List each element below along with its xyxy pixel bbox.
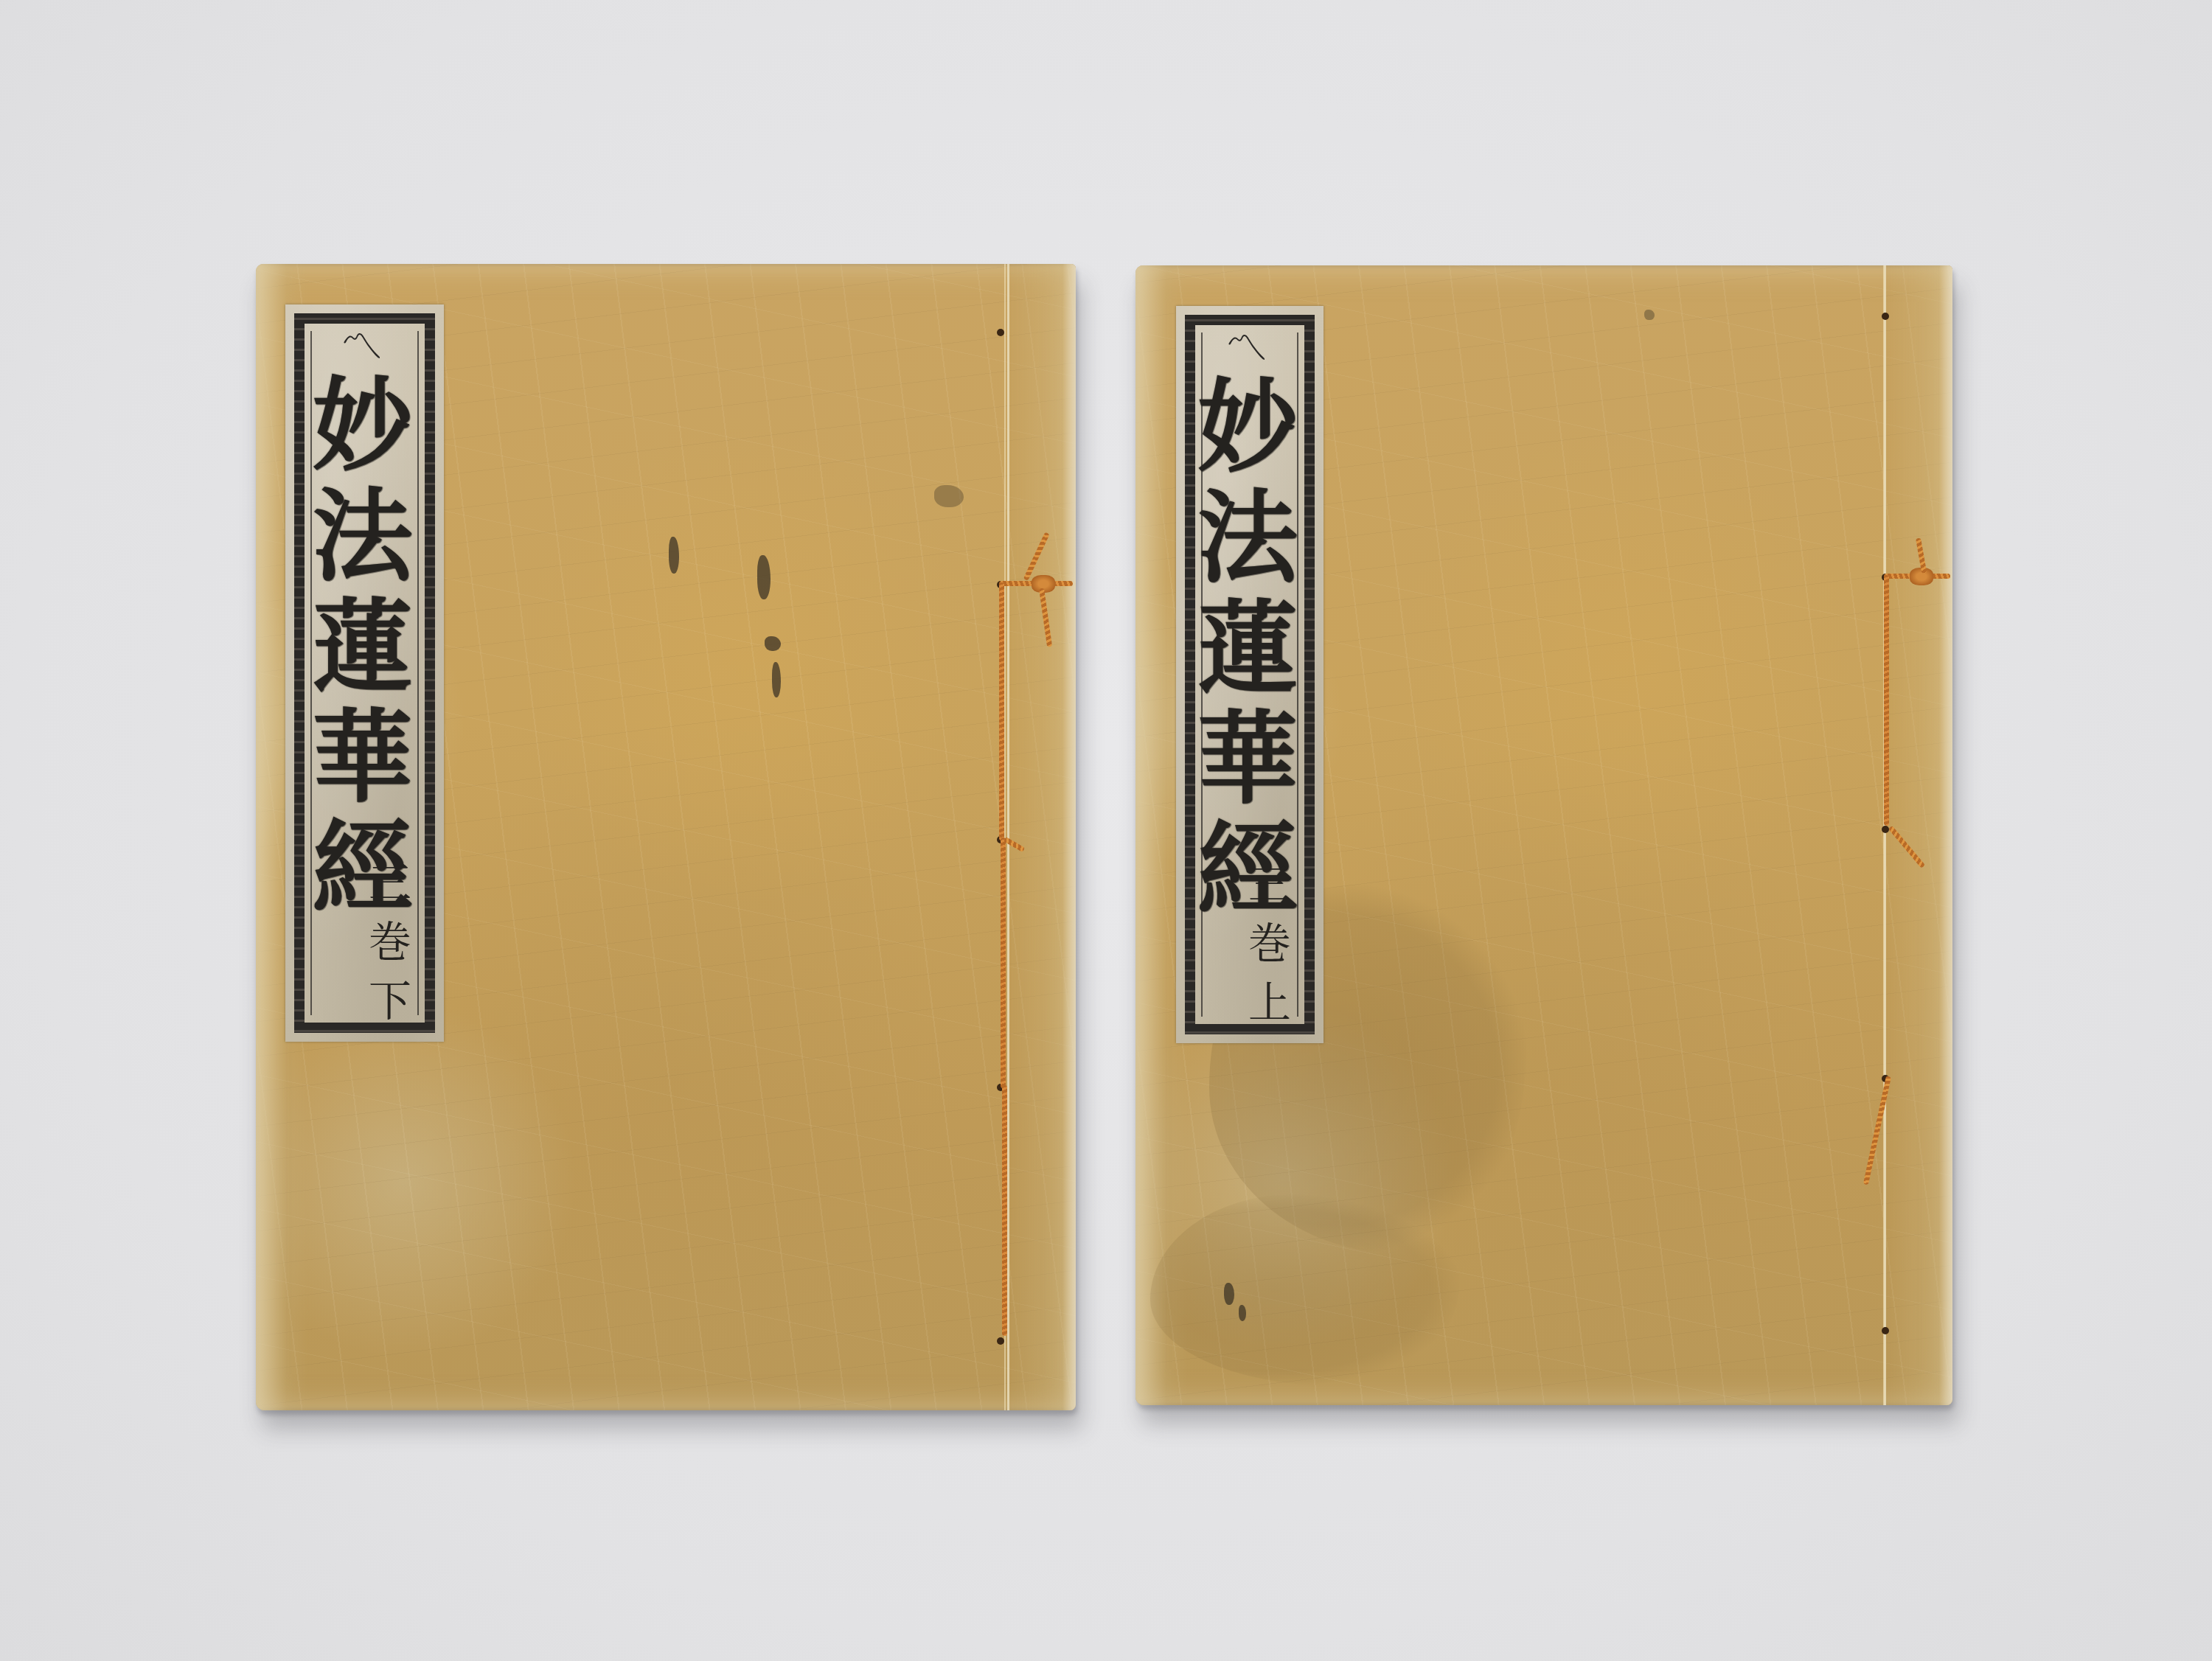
book-volume-3-lower: 〽 妙 法 蓮 華 經 三 巻 下: [256, 264, 1076, 1410]
binding-hole: [1882, 1327, 1889, 1334]
title-text: 〽 妙 法 蓮 華 經: [316, 327, 413, 924]
binding-thread: [1002, 1085, 1007, 1336]
photo-background: 〽 妙 法 蓮 華 經 三 巻 下: [0, 0, 2212, 1661]
title-char: 蓮: [313, 592, 413, 703]
volume-text: 三 巻 下: [369, 854, 411, 1031]
binding-thread: [999, 582, 1004, 840]
ink-smudge: [669, 537, 679, 574]
binding-hole: [997, 329, 1004, 336]
ink-smudge: [1224, 1283, 1234, 1305]
label-rule: [417, 331, 419, 1015]
ink-smudge: [765, 636, 781, 651]
title-label: 〽 妙 法 蓮 華 經 三 巻 下: [285, 304, 444, 1042]
ink-smudge: [772, 662, 781, 697]
volume-char: 三: [369, 854, 411, 913]
title-char: 華: [1197, 704, 1298, 815]
book-volume-3-upper: 〽 妙 法 蓮 華 經 三 巻 上: [1135, 265, 1952, 1405]
title-char: 蓮: [1197, 593, 1298, 704]
binding-thread: [1001, 838, 1006, 1088]
title-char: 妙: [1197, 372, 1298, 483]
binding-hole: [997, 1337, 1004, 1345]
volume-char: 上: [1248, 973, 1291, 1032]
title-char: 法: [1197, 483, 1298, 593]
title-text: 〽 妙 法 蓮 華 經: [1207, 328, 1293, 925]
binding-fold-line: [1883, 265, 1885, 1405]
binding-strip: [1007, 264, 1076, 1410]
title-char: 法: [313, 481, 413, 592]
title-mark: 〽: [338, 322, 413, 372]
binding-hole: [1882, 826, 1889, 833]
title-mark: 〽: [1224, 324, 1298, 373]
binding-hole: [1882, 313, 1889, 320]
volume-text: 三 巻 上: [1248, 855, 1291, 1032]
title-char: 華: [313, 703, 413, 813]
binding-thread: [1884, 575, 1889, 826]
volume-char: 下: [369, 972, 411, 1031]
volume-char: 巻: [369, 913, 411, 972]
ink-smudge: [934, 485, 964, 507]
title-char: 妙: [313, 371, 413, 481]
title-label: 〽 妙 法 蓮 華 經 三 巻 上: [1176, 306, 1324, 1043]
volume-char: 巻: [1248, 914, 1291, 973]
ink-smudge: [1644, 310, 1655, 320]
ink-smudge: [1239, 1305, 1246, 1321]
volume-char: 三: [1248, 855, 1291, 914]
